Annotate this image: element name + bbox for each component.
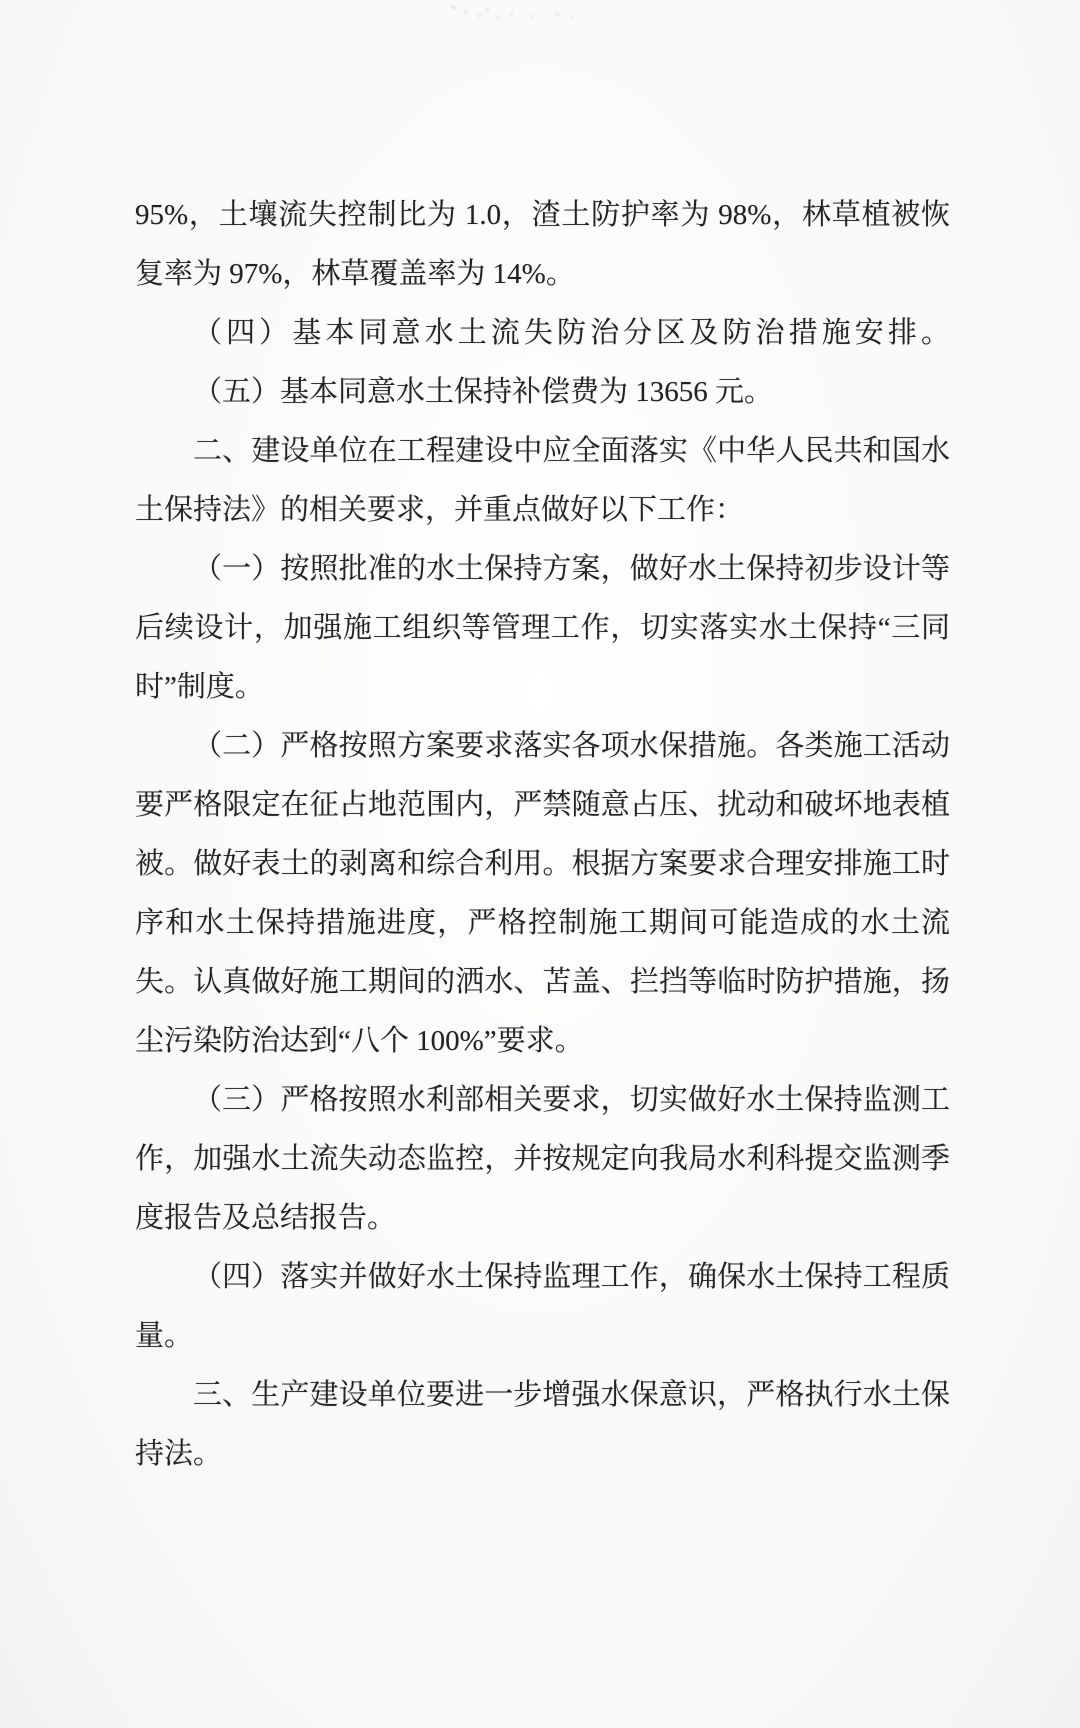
- text-line: 尘污染防治达到“八个 100%”要求。: [135, 1012, 950, 1071]
- text-line: （四）基本同意水土流失防治分区及防治措施安排。: [135, 304, 950, 363]
- text-line: （三）严格按照水利部相关要求，切实做好水土保持监测工: [135, 1071, 950, 1130]
- text-line: 复率为 97%，林草覆盖率为 14%。: [135, 245, 950, 304]
- text-line: 量。: [135, 1307, 950, 1366]
- document-text-block: 95%，土壤流失控制比为 1.0，渣土防护率为 98%，林草植被恢 复率为 97…: [135, 186, 950, 1484]
- text-line: 持法。: [135, 1425, 950, 1484]
- text-line: 三、生产建设单位要进一步增强水保意识，严格执行水土保: [135, 1366, 950, 1425]
- text-line: 度报告及总结报告。: [135, 1189, 950, 1248]
- text-line: 土保持法》的相关要求，并重点做好以下工作：: [135, 481, 950, 540]
- text-line: 95%，土壤流失控制比为 1.0，渣土防护率为 98%，林草植被恢: [135, 186, 950, 245]
- text-line: 二、建设单位在工程建设中应全面落实《中华人民共和国水: [135, 422, 950, 481]
- text-line: 作，加强水土流失动态监控，并按规定向我局水利科提交监测季: [135, 1130, 950, 1189]
- text-line: 序和水土保持措施进度，严格控制施工期间可能造成的水土流: [135, 894, 950, 953]
- text-line: （二）严格按照方案要求落实各项水保措施。各类施工活动: [135, 717, 950, 776]
- text-line: 后续设计，加强施工组织等管理工作，切实落实水土保持“三同: [135, 599, 950, 658]
- text-line: （四）落实并做好水土保持监理工作，确保水土保持工程质: [135, 1248, 950, 1307]
- text-line: （五）基本同意水土保持补偿费为 13656 元。: [135, 363, 950, 422]
- text-line: （一）按照批准的水土保持方案，做好水土保持初步设计等: [135, 540, 950, 599]
- text-line: 被。做好表土的剥离和综合利用。根据方案要求合理安排施工时: [135, 835, 950, 894]
- text-line: 时”制度。: [135, 658, 950, 717]
- scan-smudge: [452, 6, 582, 24]
- document-page: 95%，土壤流失控制比为 1.0，渣土防护率为 98%，林草植被恢 复率为 97…: [0, 0, 1080, 1728]
- text-line: 要严格限定在征占地范围内，严禁随意占压、扰动和破坏地表植: [135, 776, 950, 835]
- text-line: 失。认真做好施工期间的洒水、苫盖、拦挡等临时防护措施，扬: [135, 953, 950, 1012]
